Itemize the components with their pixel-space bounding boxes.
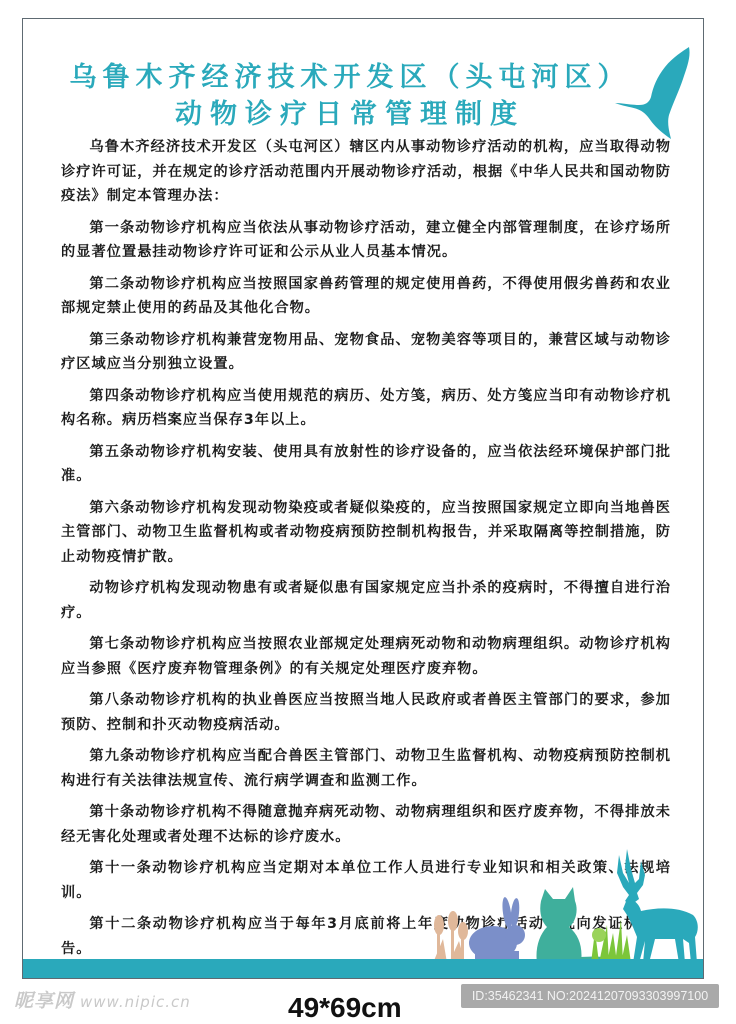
grass-icon <box>591 919 631 963</box>
heron-icon <box>613 45 693 141</box>
article-8: 第八条动物诊疗机构的执业兽医应当按照当地人民政府或者兽医主管部门的要求，参加预防… <box>61 688 671 737</box>
deer-icon <box>617 849 698 963</box>
article-2: 第二条动物诊疗机构应当按照国家兽药管理的规定使用兽药，不得使用假劣兽药和农业部规… <box>61 272 671 321</box>
article-1: 第一条动物诊疗机构应当依法从事动物诊疗活动，建立健全内部管理制度，在诊疗场所的显… <box>61 216 671 265</box>
rabbit-icon <box>469 897 525 963</box>
article-5: 第五条动物诊疗机构安装、使用具有放射性的诊疗设备的，应当依法经环境保护部门批准。 <box>61 440 671 489</box>
poster-frame: 乌鲁木齐经济技术开发区（头屯河区） 动物诊疗日常管理制度 乌鲁木齐经济技术开发区… <box>22 18 704 979</box>
article-3: 第三条动物诊疗机构兼营宠物用品、宠物食品、宠物美容等项目的，兼营区域与动物诊疗区… <box>61 328 671 377</box>
reeds-icon <box>433 911 468 963</box>
article-6: 第六条动物诊疗机构发现动物染疫或者疑似染疫的，应当按照国家规定立即向当地兽医主管… <box>61 496 671 570</box>
image-id-badge: ID:35462341 NO:20241207093303997100 <box>461 984 719 1008</box>
article-4: 第四条动物诊疗机构应当使用规范的病历、处方笺，病历、处方笺应当印有动物诊疗机构名… <box>61 384 671 433</box>
intro-paragraph: 乌鲁木齐经济技术开发区（头屯河区）辖区内从事动物诊疗活动的机构，应当取得动物诊疗… <box>61 135 671 209</box>
watermark: 昵享网www.nipic.cn <box>14 986 191 1013</box>
bottom-teal-band <box>23 959 703 978</box>
cat-icon <box>536 887 611 963</box>
animal-silhouettes <box>423 839 704 963</box>
article-9: 第九条动物诊疗机构应当配合兽医主管部门、动物卫生监督机构、动物疫病预防控制机构进… <box>61 744 671 793</box>
poster-title-line2: 动物诊疗日常管理制度 <box>22 98 691 132</box>
watermark-logo: 昵享网 <box>14 990 74 1012</box>
article-6-supplement: 动物诊疗机构发现动物患有或者疑似患有国家规定应当扑杀的疫病时，不得擅自进行治疗。 <box>61 576 671 625</box>
watermark-url: www.nipic.cn <box>80 993 191 1011</box>
size-label: 49*69cm <box>288 992 402 1024</box>
poster-title-line1: 乌鲁木齐经济技术开发区（头屯河区） <box>22 61 691 95</box>
article-7: 第七条动物诊疗机构应当按照农业部规定处理病死动物和动物病理组织。动物诊疗机构应当… <box>61 632 671 681</box>
